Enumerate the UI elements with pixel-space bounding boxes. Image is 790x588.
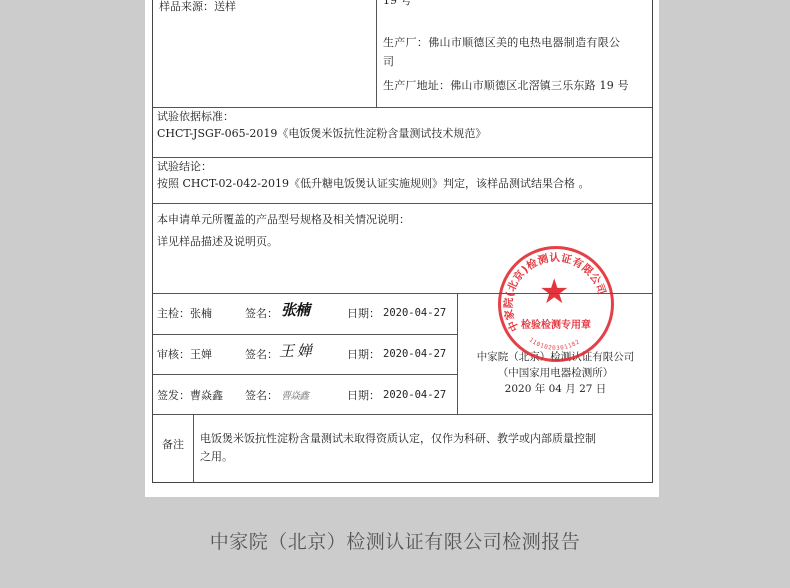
approver-role: 签发：曹焱鑫 [157, 387, 223, 404]
conclusion-value: 按照 CHCT-02-042-2019《低升糖电饭煲认证实施规则》判定，该样品测… [157, 175, 589, 192]
page-caption: 中家院（北京）检测认证有限公司检测报告 [0, 527, 790, 554]
standard-label: 试验依据标准： [157, 108, 234, 125]
conclusion-label: 试验结论： [157, 158, 212, 175]
row-divider [153, 157, 652, 158]
remarks-divider [193, 414, 194, 483]
date-label: 日期： [347, 387, 380, 404]
report-page: 样品来源：送样 19 号 生产厂：佛山市顺德区美的电热电器制造有限公 司 生产厂… [145, 0, 659, 497]
column-divider [376, 0, 377, 107]
sample-source: 样品来源：送样 [159, 0, 236, 15]
date-label: 日期： [347, 346, 380, 363]
description-label: 本申请单元所覆盖的产品型号规格及相关情况说明： [157, 211, 410, 228]
date-value: 2020-04-27 [383, 346, 446, 363]
star-icon: ★ [539, 275, 569, 309]
official-seal: 中家院(北京)检测认证有限公司 1101020301182 ★ 检验检测专用章 [498, 246, 614, 362]
issuer-subname: （中国家用电器检测所） [457, 365, 654, 381]
approver-signature: 曹焱鑫 [281, 388, 308, 405]
reviewer-role: 审核：王婵 [157, 346, 212, 363]
date-value: 2020-04-27 [383, 387, 446, 404]
remarks-line2: 之用。 [200, 448, 233, 465]
date-label: 日期： [347, 305, 380, 322]
svg-text:1101020301182: 1101020301182 [528, 336, 582, 352]
report-table: 样品来源：送样 19 号 生产厂：佛山市顺德区美的电热电器制造有限公 司 生产厂… [152, 0, 653, 483]
sign-label: 签名： [245, 346, 278, 363]
row-divider [153, 334, 457, 335]
manufacturer-line2: 司 [383, 53, 394, 70]
remarks-label: 备注 [153, 436, 193, 453]
manufacturer-line1: 生产厂：佛山市顺德区美的电热电器制造有限公 [383, 34, 620, 51]
sign-label: 签名： [245, 387, 278, 404]
seal-center-label: 检验检测专用章 [501, 316, 611, 331]
sign-label: 签名： [245, 305, 278, 322]
address-tail: 19 号 [383, 0, 412, 9]
standard-value: CHCT-JSGF-065-2019《电饭煲米饭抗性淀粉含量测试技术规范》 [157, 125, 486, 142]
inspector-signature: 张楠 [281, 302, 309, 319]
row-divider [153, 374, 457, 375]
row-divider [153, 414, 652, 415]
manufacturer-address: 生产厂地址：佛山市顺德区北滘镇三乐东路 19 号 [383, 77, 629, 94]
inspector-role: 主检：张楠 [157, 305, 212, 322]
description-value: 详见样品描述及说明页。 [157, 233, 278, 250]
reviewer-signature: 王 婵 [279, 343, 311, 360]
remarks-line1: 电饭煲米饭抗性淀粉含量测试未取得资质认定，仅作为科研、教学或内部质量控制 [200, 430, 596, 447]
row-divider [153, 203, 652, 204]
date-value: 2020-04-27 [383, 305, 446, 322]
issue-date: 2020 年 04 月 27 日 [457, 381, 654, 397]
